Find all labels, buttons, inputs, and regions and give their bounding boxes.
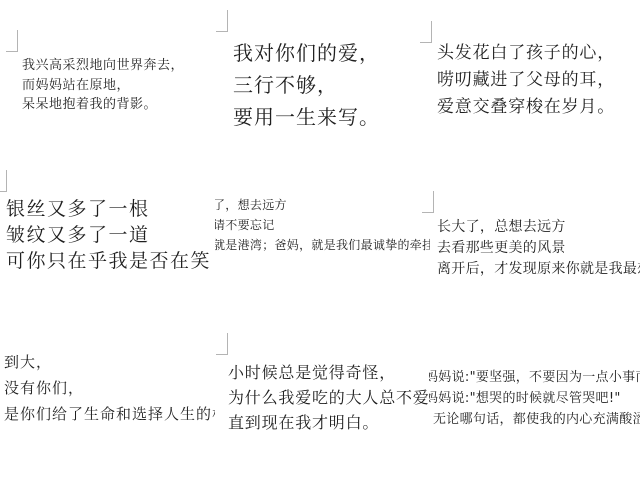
text-line[interactable]: 妈妈说:"想哭的时候就尽管哭吧!" [429,388,640,409]
text-line[interactable]: 三行不够， [233,69,380,101]
poem-text-block: 小时候总是觉得奇怪， 为什么我爱吃的大人总不爱 直到现在我才明白。 [228,360,430,435]
text-line[interactable]: 我兴高采烈地向世界奔去， [22,56,184,76]
text-line[interactable]: 爱意交叠穿梭在岁月。 [437,94,615,121]
text-line[interactable]: 小时候总是觉得奇怪， [228,360,430,385]
text-line[interactable]: 长大了，总想去远方 [437,217,640,238]
document-page-5[interactable]: 了，想去远方 请不要忘记 就是港湾；爸妈，就是我们最诚挚的牵挂。 [215,173,430,333]
text-line[interactable]: 要用一生来写。 [233,101,380,133]
text-line[interactable]: 了，想去远方 [215,195,430,215]
poem-text-block: 妈妈说:"要坚强，不要因为一点小事而 妈妈说:"想哭的时候就尽管哭吧!" 无论哪… [429,367,640,430]
text-line[interactable]: 去看那些更美的风景 [437,238,640,259]
document-page-1[interactable]: 我兴高采烈地向世界奔去， 而妈妈站在原地， 呆呆地抱着我的背影。 [0,0,215,173]
text-line[interactable]: 而妈妈站在原地， [22,76,184,96]
text-line[interactable]: 离开后，才发现原来你就是我最想 [437,259,640,280]
text-line[interactable]: 无论哪句话，都使我的内心充满酸涩 [433,409,640,430]
text-line[interactable]: 呆呆地抱着我的背影。 [22,95,184,115]
document-page-9[interactable]: 妈妈说:"要坚强，不要因为一点小事而 妈妈说:"想哭的时候就尽管哭吧!" 无论哪… [429,333,640,480]
poem-text-block: 我对你们的爱， 三行不够， 要用一生来写。 [233,37,380,133]
document-page-3[interactable]: 头发花白了孩子的心， 唠叨藏进了父母的耳， 爱意交叠穿梭在岁月。 [430,0,640,173]
text-line[interactable]: 就是港湾；爸妈，就是我们最诚挚的牵挂。 [215,235,430,255]
document-page-4[interactable]: 银丝又多了一根 皱纹又多了一道 可你只在乎我是否在笑 [0,173,215,333]
text-line[interactable]: 我对你们的爱， [233,37,380,69]
poem-text-block: 了，想去远方 请不要忘记 就是港湾；爸妈，就是我们最诚挚的牵挂。 [215,195,430,255]
text-line[interactable]: 直到现在我才明白。 [228,410,430,435]
document-page-2[interactable]: 我对你们的爱， 三行不够， 要用一生来写。 [215,0,430,173]
poem-text-block: 长大了，总想去远方 去看那些更美的风景 离开后，才发现原来你就是我最想 [437,217,640,280]
document-page-7[interactable]: 到大， 没有你们， 是你们给了生命和选择人生的权 [0,333,215,480]
document-page-8[interactable]: 小时候总是觉得奇怪， 为什么我爱吃的大人总不爱 直到现在我才明白。 [215,333,430,480]
text-line[interactable]: 皱纹又多了一道 [6,222,211,248]
text-line[interactable]: 唠叨藏进了父母的耳， [437,67,615,94]
poem-text-block: 头发花白了孩子的心， 唠叨藏进了父母的耳， 爱意交叠穿梭在岁月。 [437,40,615,121]
text-line[interactable]: 银丝又多了一根 [6,196,211,222]
text-line[interactable]: 为什么我爱吃的大人总不爱 [228,385,430,410]
document-canvas: 我兴高采烈地向世界奔去， 而妈妈站在原地， 呆呆地抱着我的背影。 我对你们的爱，… [0,0,640,480]
text-line[interactable]: 请不要忘记 [215,215,430,235]
text-line[interactable]: 是你们给了生命和选择人生的权 [4,401,215,427]
text-line[interactable]: 到大， [4,349,215,375]
text-line[interactable]: 可你只在乎我是否在笑 [6,248,211,274]
poem-text-block: 到大， 没有你们， 是你们给了生命和选择人生的权 [4,349,215,427]
text-line[interactable]: 没有你们， [4,375,215,401]
text-line[interactable]: 头发花白了孩子的心， [437,40,615,67]
poem-text-block: 我兴高采烈地向世界奔去， 而妈妈站在原地， 呆呆地抱着我的背影。 [22,56,184,115]
document-page-6[interactable]: 长大了，总想去远方 去看那些更美的风景 离开后，才发现原来你就是我最想 [430,173,640,333]
text-line[interactable]: 妈妈说:"要坚强，不要因为一点小事而 [429,367,640,388]
poem-text-block: 银丝又多了一根 皱纹又多了一道 可你只在乎我是否在笑 [6,196,211,274]
